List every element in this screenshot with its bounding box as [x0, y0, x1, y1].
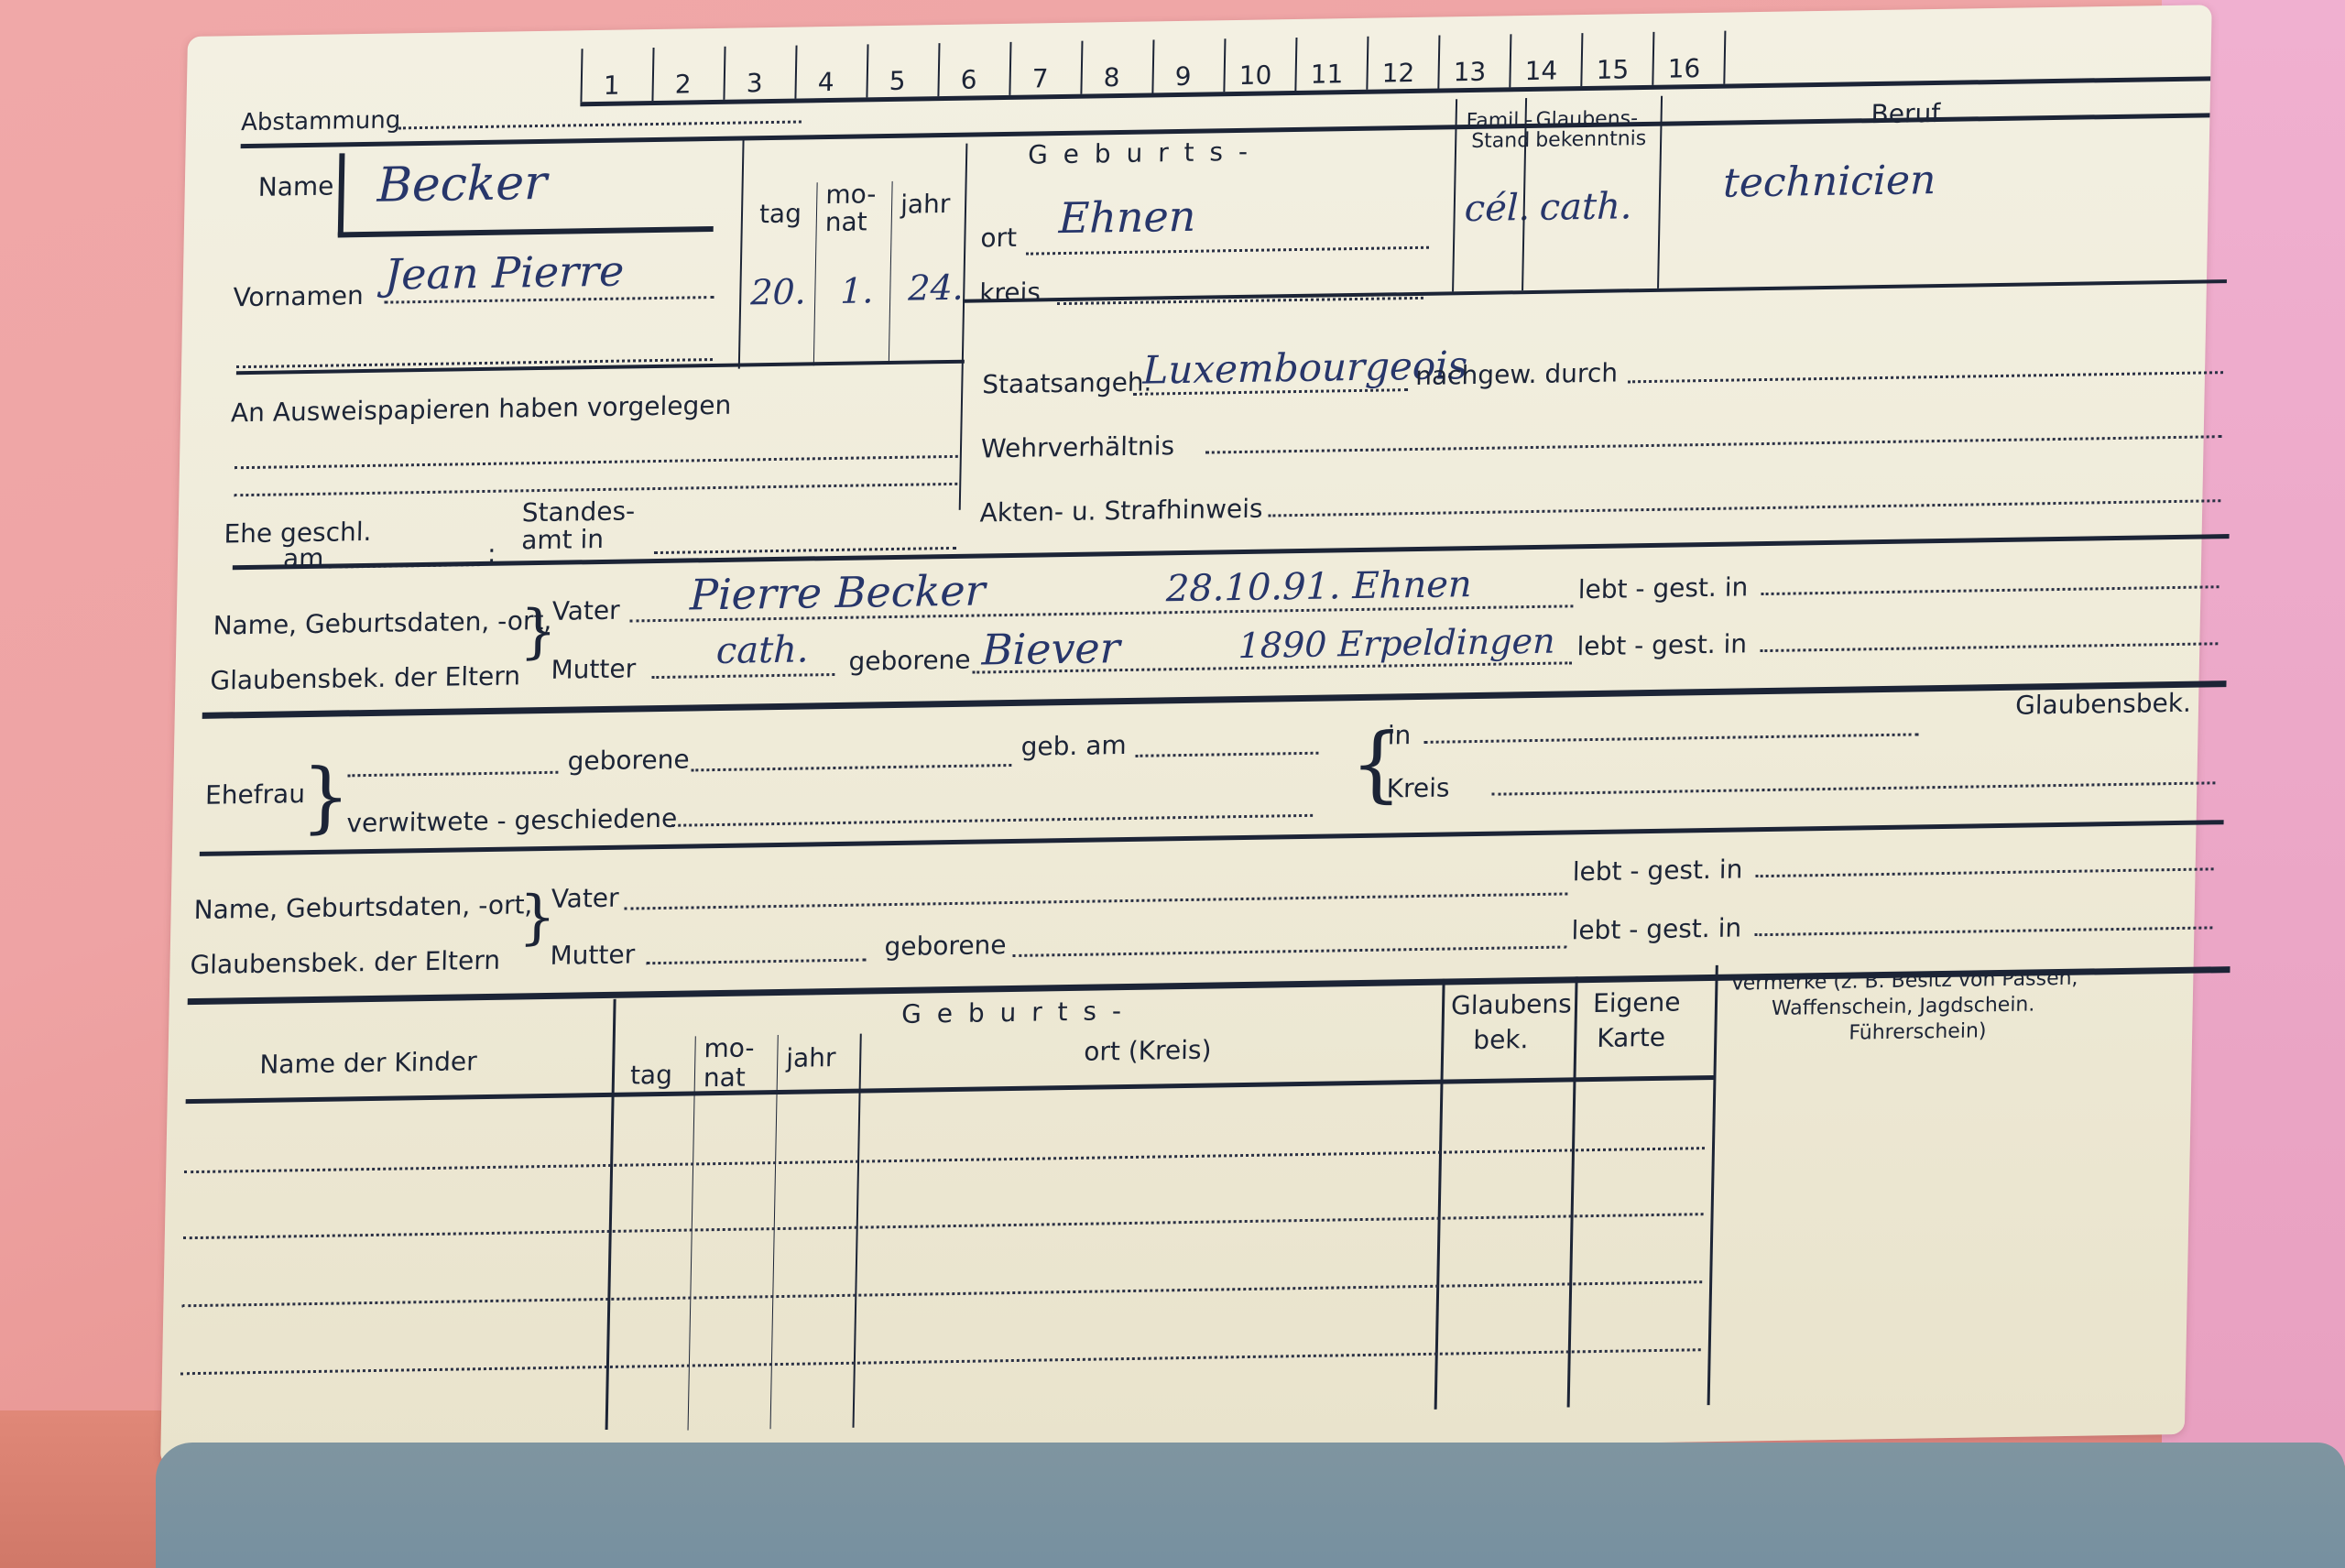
children-eigene-header-1: Eigene [1593, 990, 1681, 1018]
date-divider [889, 181, 893, 365]
wife-parents-label-1: Name, Geburtsdaten, -ort, [193, 892, 532, 923]
column-number: 7 [1031, 63, 1048, 93]
vermerke-label-1: Vermerke (z. B. Besitz von Pässen, [1730, 969, 2078, 995]
table-divider [1707, 965, 1718, 1405]
nachgew-field[interactable] [1628, 371, 2223, 383]
parents-label-2: Glaubensbek. der Eltern [210, 663, 520, 693]
glaubens-value[interactable]: cath. [1539, 188, 1632, 226]
column-divider [1009, 42, 1011, 95]
monat-label-1: mo- [825, 181, 877, 208]
name-label: Name [258, 174, 334, 201]
children-eigene-header-2: Karte [1597, 1025, 1665, 1051]
table-divider [1567, 976, 1578, 1407]
ort-value[interactable]: Ehnen [1058, 195, 1196, 239]
ausweis-field[interactable] [234, 455, 958, 469]
wehr-label: Wehrverhältnis [981, 433, 1175, 462]
akten-field[interactable] [1268, 499, 2220, 517]
column-number: 2 [674, 69, 691, 99]
wife-mutter-label: Mutter [550, 942, 635, 968]
ort-field [1026, 246, 1429, 256]
column-divider [723, 47, 725, 100]
mutter-lebt-field[interactable] [1760, 642, 2218, 652]
wife-parents-label-2: Glaubensbek. der Eltern [190, 948, 500, 978]
section-rule [963, 279, 2227, 303]
wife-mutter-lebt-label: lebt - gest. in [1571, 915, 1741, 943]
column-divider [1437, 36, 1440, 89]
mutter-field [651, 673, 834, 679]
column-divider [1723, 31, 1726, 84]
wife-vater-label: Vater [551, 886, 618, 912]
ehefrau-kreis-label: Kreis [1386, 775, 1449, 801]
column-divider [794, 46, 797, 99]
wehr-field[interactable] [1205, 435, 2222, 453]
beruf-value[interactable]: technicien [1723, 160, 1936, 204]
brace-icon: } [300, 757, 351, 835]
children-table-row[interactable] [188, 5, 2212, 37]
column-divider [1509, 34, 1511, 87]
children-table-row[interactable] [188, 5, 2212, 37]
name-value[interactable]: Becker [376, 159, 547, 210]
mutter-geborene-value[interactable]: Biever [981, 626, 1120, 670]
famil-stand-value[interactable]: cél. [1464, 190, 1530, 227]
ehefrau-geb-am-field[interactable] [1135, 752, 1318, 757]
vermerke-label-3: Führerschein) [1849, 1021, 1987, 1043]
children-glaubens-header-2: bek. [1473, 1027, 1529, 1053]
children-row-line[interactable] [183, 1213, 1704, 1239]
column-number: 10 [1238, 60, 1271, 91]
beruf-label: Beruf [1871, 101, 1940, 127]
table-header-rule [186, 1075, 1716, 1104]
ausweis-label: An Ausweispapieren haben vorgelegen [231, 393, 732, 427]
date-divider [959, 144, 968, 510]
children-row-line[interactable] [181, 1280, 1702, 1307]
tag-label: tag [759, 201, 802, 227]
children-monat-header-2: nat [703, 1065, 746, 1092]
children-name-header: Name der Kinder [259, 1049, 477, 1078]
mutter-lebt-label: lebt - gest. in [1576, 631, 1747, 659]
ehefrau-label: Ehefrau [205, 781, 305, 809]
table-divider [1434, 979, 1445, 1410]
standes-label-2: amt in [521, 527, 604, 553]
ehefrau-geb-am-label: geb. am [1020, 733, 1127, 760]
column-number: 14 [1524, 56, 1557, 87]
wife-vater-lebt-label: lebt - gest. in [1573, 856, 1743, 885]
column-number: 12 [1381, 58, 1414, 89]
column-divider [866, 44, 868, 97]
column-number: 5 [889, 66, 905, 96]
staatsangeh-label: Staatsangeh. [982, 370, 1152, 398]
column-divider [1294, 38, 1297, 91]
date-divider [738, 139, 745, 368]
vermerke-label-2: Waffenschein, Jagdschein. [1772, 995, 2035, 1019]
vater-label: Vater [552, 598, 620, 625]
ehefrau-geborene-field[interactable] [691, 764, 1011, 771]
abstammung-field[interactable] [398, 120, 802, 129]
column-number: 8 [1103, 62, 1119, 93]
abstammung-label: Abstammung [241, 108, 401, 135]
birth-monat-value[interactable]: 1. [840, 273, 874, 309]
birth-tag-value[interactable]: 20. [750, 274, 806, 310]
children-row-line[interactable] [184, 1147, 1705, 1173]
foreground-cover-object [156, 1443, 2345, 1568]
standes-label-1: Standes- [522, 498, 636, 526]
ehefrau-in-label: in [1388, 723, 1412, 748]
wife-mutter-lebt-field[interactable] [1754, 926, 2212, 936]
nachgew-label: nachgew. durch [1415, 361, 1618, 389]
children-row-line[interactable] [180, 1348, 1701, 1375]
column-number: 1 [603, 71, 619, 101]
vater-lebt-field[interactable] [1761, 585, 2220, 595]
registration-card: 1 2 3 4 5 6 7 8 9 10 11 12 13 14 15 16 A… [160, 5, 2212, 1465]
column-number: 16 [1667, 53, 1700, 84]
name-underline [338, 226, 714, 237]
column-number: 3 [746, 68, 762, 98]
column-number: 11 [1310, 59, 1343, 90]
ausweis-field-2 [234, 483, 957, 496]
children-table-row[interactable] [188, 5, 2212, 37]
parents-label-1: Name, Geburtsdaten, -ort, [213, 608, 551, 639]
column-divider [1151, 39, 1154, 93]
column-number: 9 [1174, 61, 1191, 92]
vater-details[interactable]: 28.10.91. Ehnen [1166, 566, 1472, 607]
children-geburts-header: G e b u r t s - [901, 998, 1125, 1028]
ort-label: ort [980, 225, 1017, 252]
wife-mutter-field[interactable] [646, 958, 866, 964]
mutter-geborene-label: geborene [848, 648, 971, 675]
vornamen-label: Vornamen [233, 283, 364, 310]
column-divider [937, 43, 940, 96]
mutter-details[interactable]: 1890 Erpeldingen [1238, 624, 1555, 663]
wife-geborene-label: geborene [884, 932, 1007, 960]
vater-value[interactable]: Pierre Becker [690, 569, 986, 615]
ehefrau-verwitwete-label: verwitwete - geschiedene [346, 806, 677, 837]
akten-label: Akten- u. Strafhinweis [979, 496, 1262, 527]
mutter-label: Mutter [551, 656, 636, 682]
column-number: 15 [1596, 54, 1629, 85]
wife-geborene-field[interactable] [1012, 945, 1566, 957]
column-divider [651, 48, 654, 101]
vornamen-value[interactable]: Jean Pierre [384, 250, 624, 296]
children-ort-header: ort (Kreis) [1084, 1038, 1212, 1065]
column-divider [1223, 38, 1226, 92]
ehefrau-geborene-label: geborene [567, 746, 690, 774]
ehefrau-name-field[interactable] [347, 771, 558, 778]
glaubens-label-2: bekenntnis [1535, 129, 1646, 151]
standesamt-field[interactable] [654, 547, 956, 554]
column-divider [1080, 41, 1083, 94]
ehefrau-kreis-field[interactable] [1491, 781, 2215, 795]
wife-vater-lebt-field[interactable] [1756, 867, 2214, 877]
jahr-label: jahr [900, 191, 951, 218]
column-divider [580, 49, 583, 102]
column-divider [1366, 37, 1369, 90]
geburts-header: G e b u r t s - [1028, 139, 1251, 169]
children-tag-header: tag [630, 1062, 672, 1089]
children-jahr-header: jahr [786, 1045, 836, 1072]
column-divider [1580, 33, 1583, 86]
children-table-row[interactable] [188, 5, 2212, 37]
background-shadow [0, 1410, 174, 1568]
monat-label-2: nat [825, 209, 867, 235]
children-monat-header-1: mo- [703, 1035, 755, 1062]
wife-vater-field[interactable] [624, 892, 1567, 909]
date-divider [813, 182, 818, 365]
children-glaubens-header-1: Glaubens [1451, 991, 1572, 1018]
column-divider [1652, 32, 1654, 85]
vater-lebt-label: lebt - gest. in [1577, 574, 1748, 603]
ehefrau-glaubensbek-label: Glaubensbek. [2015, 691, 2191, 719]
column-number: 13 [1453, 57, 1486, 88]
name-box-left [338, 153, 345, 235]
ehefrau-in-field[interactable] [1424, 733, 1919, 743]
ehefrau-verwitwete-field[interactable] [671, 814, 1313, 827]
column-number: 4 [817, 67, 834, 97]
birth-jahr-value[interactable]: 24. [908, 270, 964, 306]
mutter-value[interactable]: cath. [715, 631, 809, 670]
column-number: 6 [960, 64, 976, 94]
famil-stand-label-2: Stand [1471, 131, 1530, 152]
